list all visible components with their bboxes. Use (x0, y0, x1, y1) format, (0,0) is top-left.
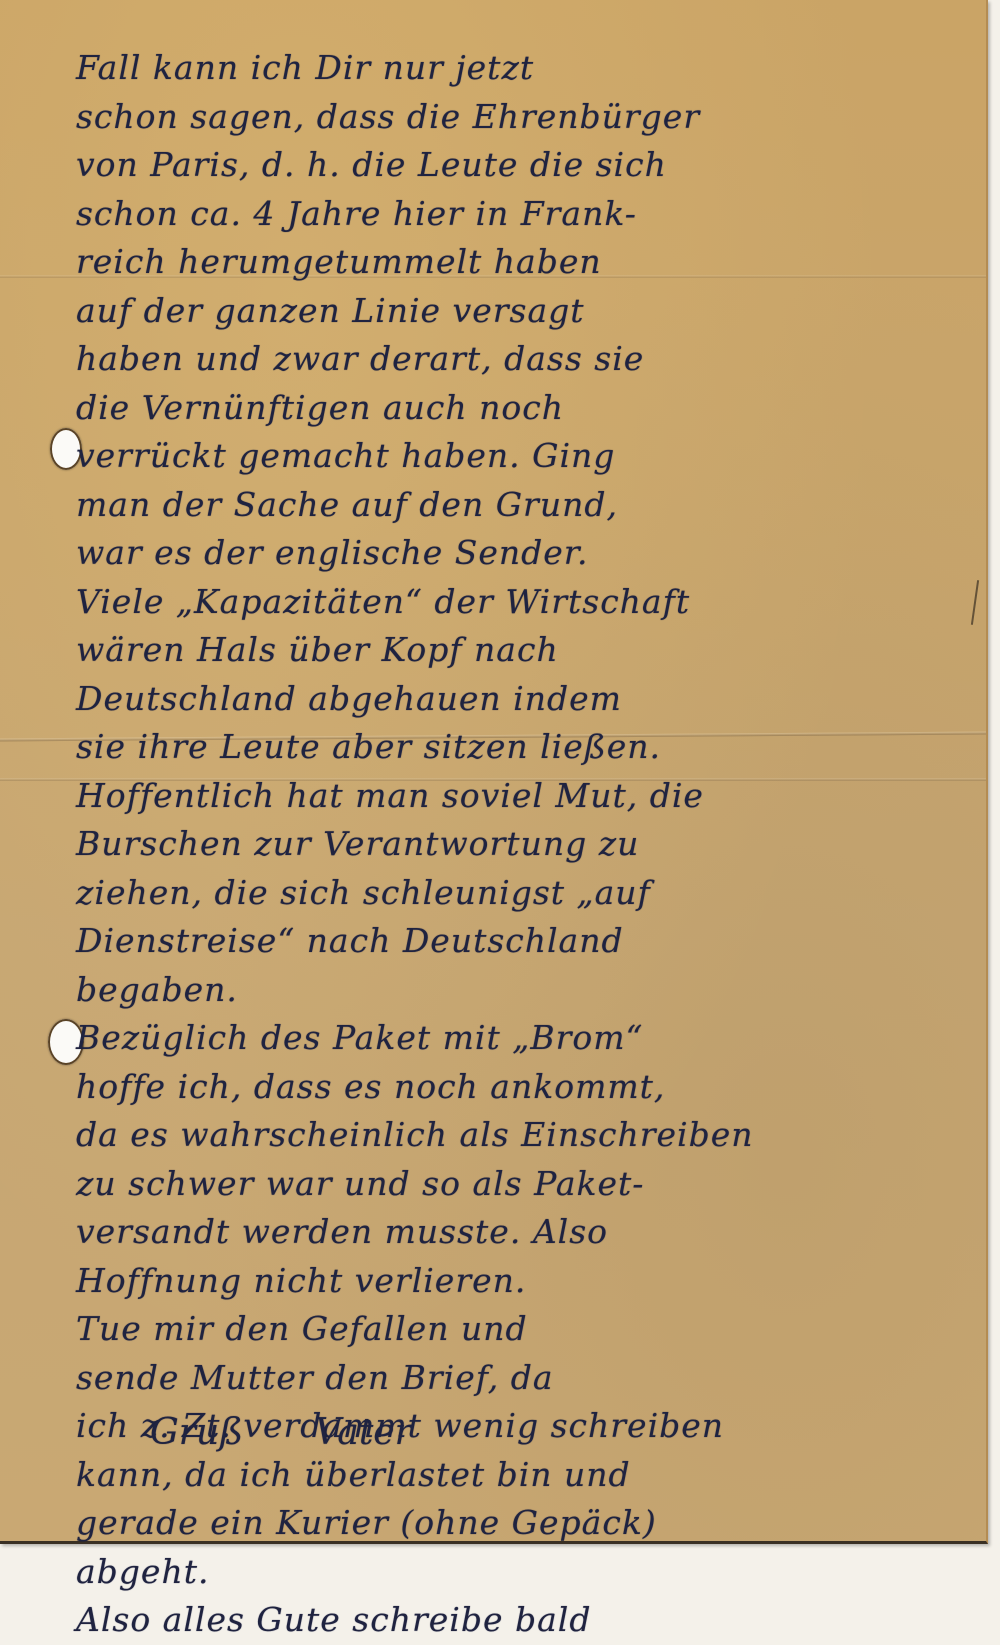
closing-greeting: Gruß (150, 1412, 243, 1453)
letter-line: die Vernünftigen auch noch (76, 384, 976, 433)
letter-line: Burschen zur Verantwortung zu (76, 820, 976, 869)
letter-line: Hoffnung nicht verlieren. (76, 1257, 976, 1306)
letter-line: haben und zwar derart, dass sie (76, 335, 976, 384)
signature-name: Vater (315, 1412, 412, 1453)
letter-line: da es wahrscheinlich als Einschreiben (76, 1111, 976, 1160)
letter-line: auf der ganzen Linie versagt (76, 287, 976, 336)
letter-line: zu schwer war und so als Paket- (76, 1160, 976, 1209)
letter-line: begaben. (76, 966, 976, 1015)
letter-line: versandt werden musste. Also (76, 1208, 976, 1257)
letter-line: verrückt gemacht haben. Ging (76, 432, 976, 481)
letter-line: Deutschland abgehauen indem (76, 675, 976, 724)
letter-line: man der Sache auf den Grund, (76, 481, 976, 530)
letter-line: sende Mutter den Brief, da (76, 1354, 976, 1403)
letter-line: sie ihre Leute aber sitzen ließen. (76, 723, 976, 772)
letter-line: ziehen, die sich schleunigst „auf (76, 869, 976, 918)
letter-line: schon sagen, dass die Ehrenbürger (76, 93, 976, 142)
letter-line: hoffe ich, dass es noch ankommt, (76, 1063, 976, 1112)
letter-line: gerade ein Kurier (ohne Gepäck) (76, 1499, 976, 1548)
letter-line: von Paris, d. h. die Leute die sich (76, 141, 976, 190)
letter-line: Tue mir den Gefallen und (76, 1305, 976, 1354)
letter-line: Hoffentlich hat man soviel Mut, die (76, 772, 976, 821)
letter-line: wären Hals über Kopf nach (76, 626, 976, 675)
letter-line: Viele „Kapazitäten“ der Wirtschaft (76, 578, 976, 627)
letter-line: schon ca. 4 Jahre hier in Frank- (76, 190, 976, 239)
letter-line: kann, da ich überlastet bin und (76, 1451, 976, 1500)
letter-line: Dienstreise“ nach Deutschland (76, 917, 976, 966)
letter-signature: Gruß Vater (150, 1412, 472, 1453)
letter-page: Fall kann ich Dir nur jetzt schon sagen,… (0, 0, 988, 1544)
letter-line: war es der englische Sender. (76, 529, 976, 578)
letter-line: reich herumgetummelt haben (76, 238, 976, 287)
letter-body: Fall kann ich Dir nur jetzt schon sagen,… (76, 44, 976, 1549)
letter-line: Bezüglich des Paket mit „Brom“ (76, 1014, 976, 1063)
letter-line: Fall kann ich Dir nur jetzt (76, 44, 976, 93)
